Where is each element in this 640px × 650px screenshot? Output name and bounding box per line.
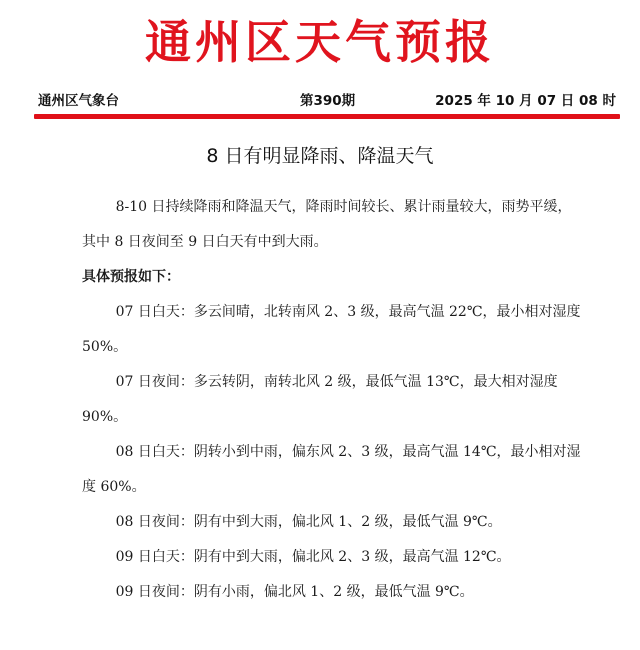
forecast-item: 08 日夜间：阴有中到大雨，偏北风 1、2 级，最低气温 9℃。 — [82, 505, 582, 540]
red-divider-rule — [34, 114, 620, 119]
issuing-agency: 通州区气象台 — [38, 91, 119, 111]
forecast-item: 07 日白天：多云间晴，北转南风 2、3 级，最高气温 22℃，最小相对湿度 5… — [82, 295, 582, 365]
issue-meta-row: 通州区气象台 第390期 2025 年 10 月 07 日 08 时 — [38, 91, 616, 111]
masthead-title: 通州区天气预报 — [0, 14, 640, 70]
forecast-item: 08 日白天：阴转小到中雨，偏东风 2、3 级，最高气温 14℃，最小相对湿度 … — [82, 435, 582, 505]
forecast-body: 8-10 日持续降雨和降温天气，降雨时间较长、累计雨量较大，雨势平缓，其中 8 … — [82, 190, 582, 610]
summary-paragraph: 8-10 日持续降雨和降温天气，降雨时间较长、累计雨量较大，雨势平缓，其中 8 … — [82, 190, 582, 260]
issue-datetime: 2025 年 10 月 07 日 08 时 — [435, 91, 616, 111]
forecast-section-label: 具体预报如下： — [82, 260, 582, 295]
forecast-item: 07 日夜间：多云转阴，南转北风 2 级，最低气温 13℃，最大相对湿度 90%… — [82, 365, 582, 435]
forecast-item: 09 日夜间：阴有小雨，偏北风 1、2 级，最低气温 9℃。 — [82, 575, 582, 610]
issue-number: 第390期 — [300, 91, 355, 111]
headline: 8 日有明显降雨、降温天气 — [0, 143, 640, 169]
forecast-item: 09 日白天：阴有中到大雨，偏北风 2、3 级，最高气温 12℃。 — [82, 540, 582, 575]
